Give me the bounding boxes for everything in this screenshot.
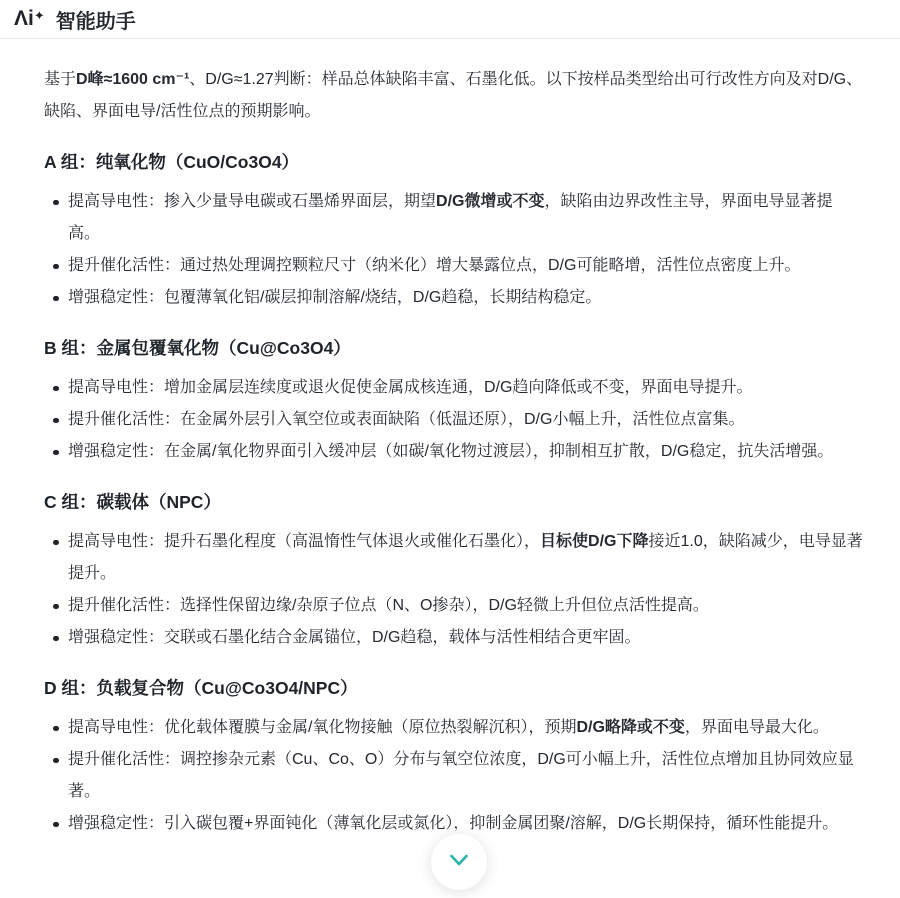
bullet-list: 提高导电性：增加金属层连续度或退火促使金属成核连通，D/G趋向降低或不变，界面电… [44,372,864,468]
bullet-item: 提高导电性：优化载体覆膜与金属/氧化物接触（原位热裂解沉积），预期D/G略降或不… [44,712,864,744]
scroll-to-bottom-button[interactable] [431,834,487,890]
bullet-item: 提升催化活性：在金属外层引入氧空位或表面缺陷（低温还原），D/G小幅上升，活性位… [44,404,864,436]
app-header: Λi✦ 智能助手 [0,0,900,39]
bullet-item: 提升催化活性：调控掺杂元素（Cu、Co、O）分布与氧空位浓度，D/G可小幅上升，… [44,744,864,808]
section-a: A 组：纯氧化物（CuO/Co3O4）提高导电性：掺入少量导电碳或石墨烯界面层，… [44,149,864,314]
bold-text: D/G略降或不变 [576,719,684,736]
text: 提高导电性：增加金属层连续度或退火促使金属成核连通，D/G趋向降低或不变，界面电… [68,379,752,396]
text: 提高导电性：优化载体覆膜与金属/氧化物接触（原位热裂解沉积），预期 [68,719,576,736]
section-b: B 组：金属包覆氧化物（Cu@Co3O4）提高导电性：增加金属层连续度或退火促使… [44,335,864,468]
app-title: 智能助手 [56,5,136,34]
text: 基于 [44,71,76,88]
text: 增强稳定性：引入碳包覆+界面钝化（薄氧化层或氮化），抑制金属团聚/溶解，D/G长… [68,815,838,832]
bullet-item: 提升催化活性：通过热处理调控颗粒尺寸（纳米化）增大暴露位点，D/G可能略增，活性… [44,250,864,282]
text: 增强稳定性：在金属/氧化物界面引入缓冲层（如碳/氧化物过渡层），抑制相互扩散，D… [68,443,833,460]
bullet-item: 提升催化活性：选择性保留边缘/杂原子位点（N、O掺杂），D/G轻微上升但位点活性… [44,590,864,622]
intro-paragraph: 基于D峰≈1600 cm⁻¹、D/G≈1.27判断：样品总体缺陷丰富、石墨化低。… [44,64,864,128]
assistant-message: 基于D峰≈1600 cm⁻¹、D/G≈1.27判断：样品总体缺陷丰富、石墨化低。… [0,39,900,840]
bold-text: D峰≈1600 cm⁻¹ [76,71,189,88]
sparkle-icon: ✦ [34,8,45,24]
text: 提升催化活性：调控掺杂元素（Cu、Co、O）分布与氧空位浓度，D/G可小幅上升，… [68,751,854,800]
bullet-list: 提高导电性：掺入少量导电碳或石墨烯界面层，期望D/G微增或不变，缺陷由边界改性主… [44,186,864,314]
bullet-item: 提高导电性：增加金属层连续度或退火促使金属成核连通，D/G趋向降低或不变，界面电… [44,372,864,404]
section-heading-a: A 组：纯氧化物（CuO/Co3O4） [44,149,864,175]
sections-container: A 组：纯氧化物（CuO/Co3O4）提高导电性：掺入少量导电碳或石墨烯界面层，… [44,149,864,840]
section-heading-c: C 组：碳载体（NPC） [44,489,864,515]
bullet-item: 增强稳定性：在金属/氧化物界面引入缓冲层（如碳/氧化物过渡层），抑制相互扩散，D… [44,436,864,468]
bold-text: 目标使D/G下降 [540,533,648,550]
bullet-item: 增强稳定性：交联或石墨化结合金属锚位，D/G趋稳，载体与活性相结合更牢固。 [44,622,864,654]
logo-text: Λi [14,7,34,31]
section-c: C 组：碳载体（NPC）提高导电性：提升石墨化程度（高温惰性气体退火或催化石墨化… [44,489,864,654]
section-heading-d: D 组：负载复合物（Cu@Co3O4/NPC） [44,675,864,701]
text: 提高导电性：提升石墨化程度（高温惰性气体退火或催化石墨化）， [68,533,540,550]
bullet-item: 提高导电性：提升石墨化程度（高温惰性气体退火或催化石墨化），目标使D/G下降接近… [44,526,864,590]
bullet-list: 提高导电性：提升石墨化程度（高温惰性气体退火或催化石墨化），目标使D/G下降接近… [44,526,864,654]
chevron-down-icon [446,847,472,873]
bullet-item: 增强稳定性：包覆薄氧化铝/碳层抑制溶解/烧结，D/G趋稳，长期结构稳定。 [44,282,864,314]
bullet-item: 提高导电性：掺入少量导电碳或石墨烯界面层，期望D/G微增或不变，缺陷由边界改性主… [44,186,864,250]
bullet-list: 提高导电性：优化载体覆膜与金属/氧化物接触（原位热裂解沉积），预期D/G略降或不… [44,712,864,840]
text: 提升催化活性：选择性保留边缘/杂原子位点（N、O掺杂），D/G轻微上升但位点活性… [68,597,709,614]
bold-text: D/G微增或不变 [436,193,544,210]
text: 提高导电性：掺入少量导电碳或石墨烯界面层，期望 [68,193,436,210]
text: 增强稳定性：交联或石墨化结合金属锚位，D/G趋稳，载体与活性相结合更牢固。 [68,629,640,646]
text: 增强稳定性：包覆薄氧化铝/碳层抑制溶解/烧结，D/G趋稳，长期结构稳定。 [68,289,601,306]
app-logo: Λi✦ [14,7,45,31]
section-d: D 组：负载复合物（Cu@Co3O4/NPC）提高导电性：优化载体覆膜与金属/氧… [44,675,864,840]
text: ，界面电导最大化。 [685,719,829,736]
text: 提升催化活性：通过热处理调控颗粒尺寸（纳米化）增大暴露位点，D/G可能略增，活性… [68,257,800,274]
section-heading-b: B 组：金属包覆氧化物（Cu@Co3O4） [44,335,864,361]
text: 提升催化活性：在金属外层引入氧空位或表面缺陷（低温还原），D/G小幅上升，活性位… [68,411,744,428]
